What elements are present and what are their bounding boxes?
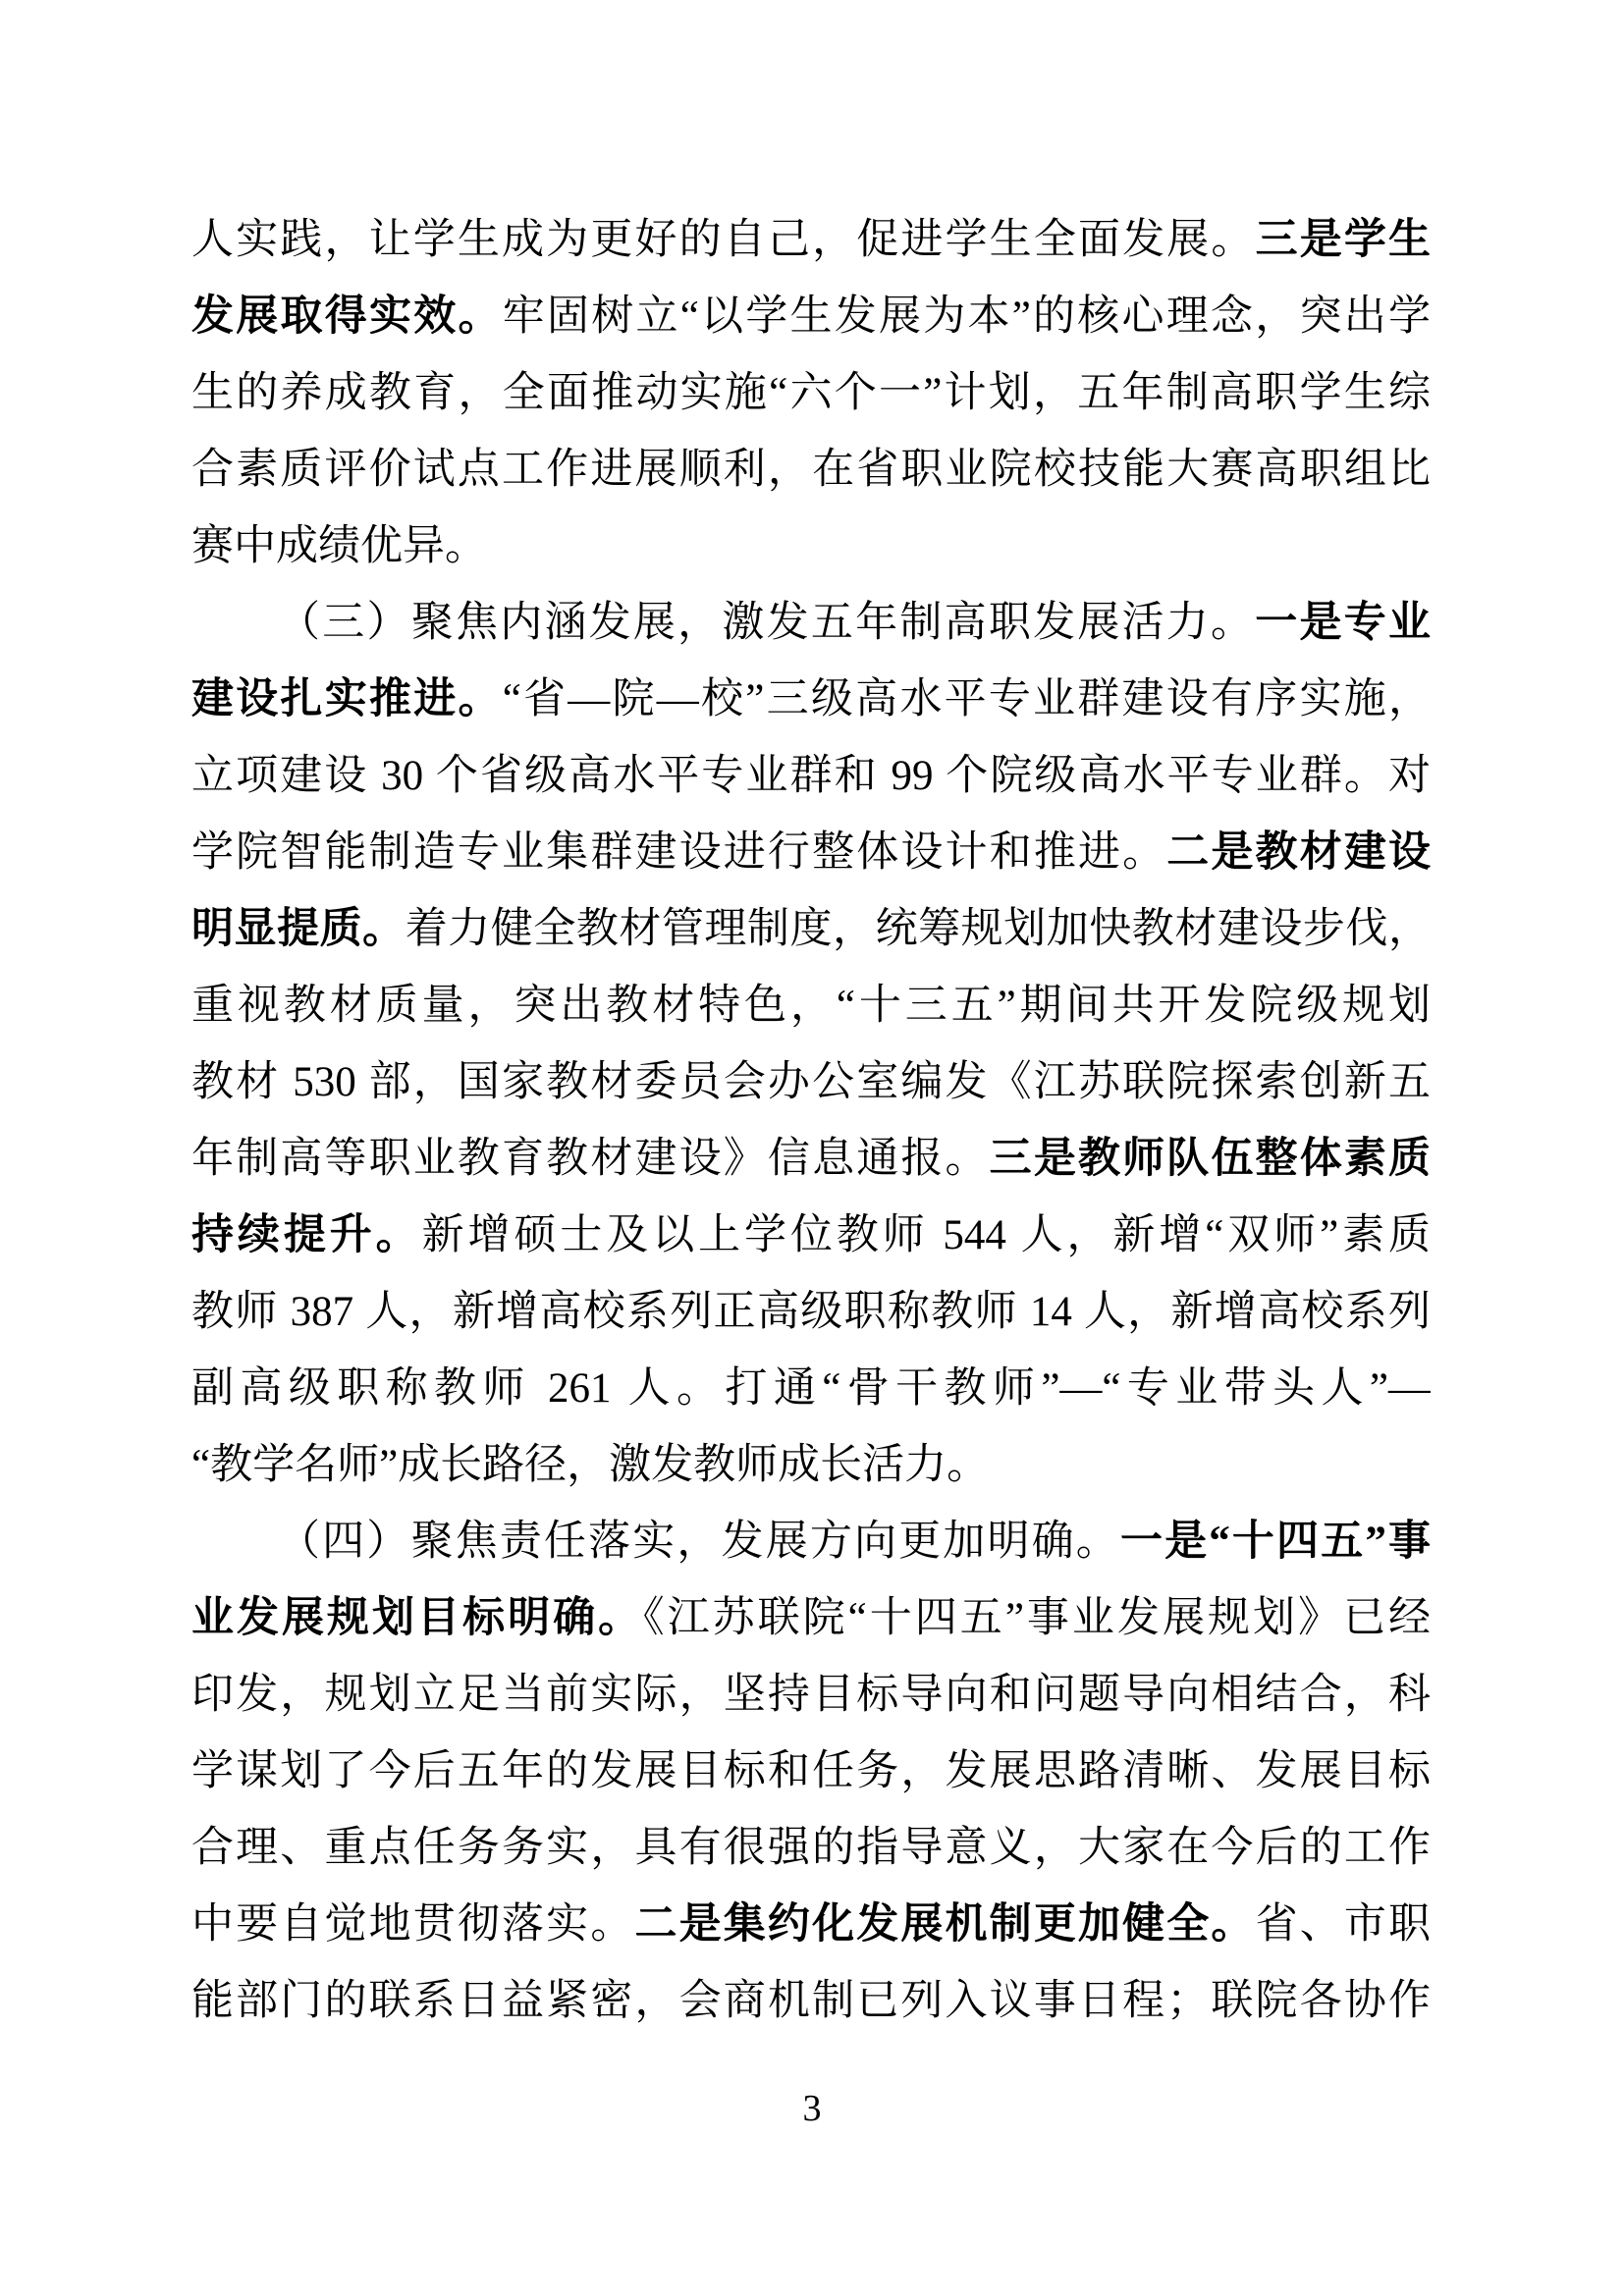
- text-line: （三）聚焦内涵发展，激发五年制高职发展活力。一是专业: [191, 585, 1431, 662]
- text-run: “省—院—校”三级高水平专业群建设有序实施，: [503, 676, 1431, 722]
- text-line: 教材 530 部，国家教材委员会办公室编发《江苏联院探索创新五: [191, 1044, 1431, 1121]
- page-number: 3: [0, 2083, 1624, 2134]
- document-page: 人实践，让学生成为更好的自己，促进学生全面发展。三是学生发展取得实效。牢固树立“…: [0, 0, 1624, 2296]
- text-line: 明显提质。着力健全教材管理制度，统筹规划加快教材建设步伐，: [191, 891, 1431, 968]
- text-line: 学谋划了今后五年的发展目标和任务，发展思路清晰、发展目标: [191, 1734, 1431, 1810]
- text-run: 重视教材质量，突出教材特色，“十三五”期间共开发院级规划: [191, 983, 1431, 1029]
- text-line: 立项建设 30 个省级高水平专业群和 99 个院级高水平专业群。对: [191, 738, 1431, 815]
- text-run: 合理、重点任务务实，具有很强的指导意义，大家在今后的工作: [191, 1825, 1431, 1871]
- text-line: 副高级职称教师 261 人。打通“骨干教师”—“专业带头人”—: [191, 1351, 1431, 1427]
- text-line: 年制高等职业教育教材建设》信息通报。三是教师队伍整体素质: [191, 1121, 1431, 1198]
- text-line: 中要自觉地贯彻落实。二是集约化发展机制更加健全。省、市职: [191, 1887, 1431, 1963]
- text-run: 中要自觉地贯彻落实。: [191, 1901, 634, 1948]
- bold-text-run: 一是专业: [1255, 600, 1431, 646]
- bold-text-run: 持续提升。: [191, 1212, 422, 1258]
- text-line: 教师 387 人，新增高校系列正高级职称教师 14 人，新增高校系列: [191, 1274, 1431, 1351]
- text-line: 合理、重点任务务实，具有很强的指导意义，大家在今后的工作: [191, 1810, 1431, 1887]
- text-run: 生的养成教育，全面推动实施“六个一”计划，五年制高职学生综: [191, 370, 1431, 416]
- text-run: 《江苏联院“十四五”事业发展规划》已经: [643, 1595, 1431, 1641]
- text-run: 新增硕士及以上学位教师 544 人，新增“双师”素质: [422, 1212, 1431, 1258]
- text-run: 能部门的联系日益紧密，会商机制已列入议事日程；联院各协作: [191, 1978, 1431, 2024]
- text-line: 持续提升。新增硕士及以上学位教师 544 人，新增“双师”素质: [191, 1198, 1431, 1274]
- bold-text-run: 二是集约化发展机制更加健全。: [634, 1901, 1255, 1948]
- bold-text-run: 二是教材建设: [1166, 829, 1431, 876]
- bold-text-run: 三是学生: [1256, 217, 1431, 263]
- bold-text-run: 业发展规划目标明确。: [191, 1595, 643, 1641]
- bold-text-run: 建设扎实推进。: [191, 676, 503, 722]
- text-run: 印发，规划立足当前实际，坚持目标导向和问题导向相结合，科: [191, 1672, 1431, 1718]
- text-line: 印发，规划立足当前实际，坚持目标导向和问题导向相结合，科: [191, 1657, 1431, 1734]
- text-line: 能部门的联系日益紧密，会商机制已列入议事日程；联院各协作: [191, 1963, 1431, 2040]
- text-line: 生的养成教育，全面推动实施“六个一”计划，五年制高职学生综: [191, 355, 1431, 432]
- text-run: “教学名师”成长路径，激发教师成长活力。: [191, 1442, 989, 1488]
- bold-text-run: 发展取得实效。: [191, 294, 503, 340]
- text-line: 学院智能制造专业集群建设进行整体设计和推进。二是教材建设: [191, 815, 1431, 891]
- document-body: 人实践，让学生成为更好的自己，促进学生全面发展。三是学生发展取得实效。牢固树立“…: [191, 202, 1431, 2040]
- text-run: 年制高等职业教育教材建设》信息通报。: [191, 1136, 990, 1182]
- text-run: （四）聚焦责任落实，发展方向更加明确。: [278, 1519, 1120, 1565]
- text-run: 教师 387 人，新增高校系列正高级职称教师 14 人，新增高校系列: [191, 1289, 1431, 1335]
- text-run: （三）聚焦内涵发展，激发五年制高职发展活力。: [278, 600, 1255, 646]
- text-run: 省、市职: [1256, 1901, 1431, 1948]
- bold-text-run: 三是教师队伍整体素质: [990, 1136, 1431, 1182]
- text-run: 学谋划了今后五年的发展目标和任务，发展思路清晰、发展目标: [191, 1748, 1431, 1794]
- text-line: 发展取得实效。牢固树立“以学生发展为本”的核心理念，突出学: [191, 279, 1431, 355]
- bold-text-run: 一是“十四五”事: [1120, 1519, 1431, 1565]
- text-line: 重视教材质量，突出教材特色，“十三五”期间共开发院级规划: [191, 968, 1431, 1044]
- text-line: 合素质评价试点工作进展顺利，在省职业院校技能大赛高职组比: [191, 432, 1431, 508]
- text-line: 赛中成绩优异。: [191, 508, 1431, 585]
- text-run: 立项建设 30 个省级高水平专业群和 99 个院级高水平专业群。对: [191, 753, 1431, 799]
- text-run: 学院智能制造专业集群建设进行整体设计和推进。: [191, 829, 1166, 876]
- text-run: 人实践，让学生成为更好的自己，促进学生全面发展。: [191, 217, 1256, 263]
- text-line: 人实践，让学生成为更好的自己，促进学生全面发展。三是学生: [191, 202, 1431, 279]
- text-run: 赛中成绩优异。: [191, 523, 487, 569]
- text-line: 业发展规划目标明确。《江苏联院“十四五”事业发展规划》已经: [191, 1580, 1431, 1657]
- bold-text-run: 明显提质。: [191, 906, 406, 952]
- text-run: 牢固树立“以学生发展为本”的核心理念，突出学: [503, 294, 1431, 340]
- text-run: 合素质评价试点工作进展顺利，在省职业院校技能大赛高职组比: [191, 447, 1431, 493]
- text-line: “教学名师”成长路径，激发教师成长活力。: [191, 1427, 1431, 1504]
- text-line: 建设扎实推进。“省—院—校”三级高水平专业群建设有序实施，: [191, 662, 1431, 738]
- text-line: （四）聚焦责任落实，发展方向更加明确。一是“十四五”事: [191, 1504, 1431, 1580]
- text-run: 副高级职称教师 261 人。打通“骨干教师”—“专业带头人”—: [191, 1365, 1431, 1412]
- text-run: 教材 530 部，国家教材委员会办公室编发《江苏联院探索创新五: [191, 1059, 1431, 1105]
- text-run: 着力健全教材管理制度，统筹规划加快教材建设步伐，: [406, 906, 1431, 952]
